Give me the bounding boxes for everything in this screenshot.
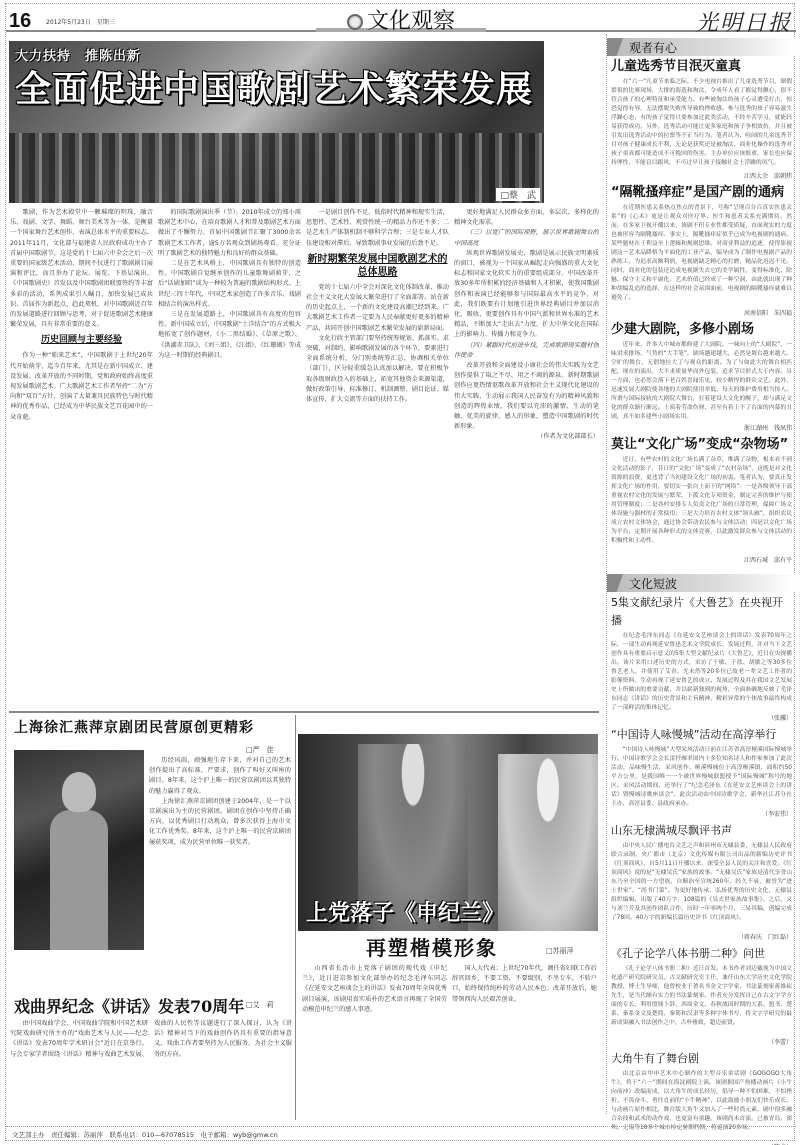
lead-headline: 全面促进中国歌剧艺术繁荣发展 [15,61,533,112]
rail-item: 少建大剧院，多修小剧场 近年来，许多大中城市都修建了大剧院。一味向上的“大剧院”… [607,321,796,432]
news-item-title: 大角牛有了舞台剧 [611,1050,792,1068]
rail-item-title: 少建大剧院，多修小剧场 [611,321,792,339]
lead-paragraph: 二是在艺术风格上，中国歌剧具有独特的创造性。中国歌剧自觉继承创作的儿童歌舞剧萌芽… [158,259,301,310]
shangdang-paragraph: 国人大代表；上世纪70年代，调任省妇联工作后辞官回乡，不要工资，不要级别，不坐专… [452,964,597,1005]
xiqu-paragraph: 由中国戏曲学会、中国戏曲学院和中国艺术研究院戏曲研究所主办的“戏曲艺术与人民——… [10,1019,292,1060]
lead-paragraph: 的国际歌剧演出季（节）。2010年成立的郑小瑛歌剧艺术中心，在培育歌剧人才和普及… [158,208,301,259]
xu-paragraph: 上海徐汇燕萍京剧团创建于2004年，是一个以京剧演出为主的民营剧团。剧团在创作中… [149,797,291,848]
rail-item-body: 在“六一”儿童节来临之际，不少电视台推出了儿童选秀节目，制假繁很的比赛现场，大排… [611,78,792,171]
lead-column-3: 一是剧目创作不足，低俗时代精神和现实生活，思想性、艺术性、观赏性统一的精品力作还… [306,208,449,708]
lead-subhead-inline: （三）以宽广的国际视野，展示世界歌剧舞台的中国高度 [454,228,599,248]
rail-item-title: “隔靴搔痒症”是国产剧的通病 [611,184,792,202]
editorial-contact: 文艺部主办 责任编辑：苏丽萍 联系电话：010—67078515 电子邮箱：wy… [12,1131,278,1139]
rail-banner-label: 观者有心 [629,39,677,56]
section-divider [9,711,599,713]
xu-paragraph: 历经风雨，顽强地生存下来，并对自己的艺术创作提出了高标准、严要求，创作了叫好又叫… [149,756,291,797]
opera-performer-photo [14,750,144,950]
rail-item: 儿童选秀节目泯灭童真 在“六一”儿童节来临之际，不少电视台推出了儿童选秀节目，制… [607,58,796,180]
lead-paragraph: 党的十七届六中全会对深化文化体制改革、推动社会主义文化大发展大繁荣进行了全面部署… [306,283,449,334]
news-item-title: 山东无棣满城尽飘评书声 [611,822,792,840]
stage-performers-image [9,133,544,203]
lead-subhead-approach: 新时期繁荣发展中国歌剧艺术的总体思路 [306,253,449,279]
news-item: 山东无棣满城尽飘评书声 由中央人民广播电台文艺之声和滨州市无棣县委、无棣县人民政… [607,822,796,941]
xiqu-body: 由中国戏曲学会、中国戏曲学院和中国艺术研究院戏曲研究所主办的“戏曲艺术与人民——… [10,1019,292,1123]
lead-paragraph: 作为一种“舶来艺术”，中国歌剧于上世纪20年代开始萌芽，迄今百年来，尤其是在新中… [10,351,153,422]
performer-face [62,772,96,812]
xiqu-byline: □艾 莉 [246,1000,274,1010]
xiqu-headline: 戏曲界纪念《讲话》发表70周年 [14,994,244,1017]
performer-figure [50,810,108,950]
right-rail: 观者有心 儿童选秀节目泯灭童真 在“六一”儿童节来临之际，不少电视台推出了儿童选… [606,34,796,1114]
lead-paragraph: 改革开放和全面建设小康社会的伟大实践为文艺创作提供了取之不尽、用之不竭的源泉。新… [454,361,599,432]
news-item-body: 由中央人民广播电台文艺之声和滨州市无棣县委、无棣县人民政府联合录制，央广都市（北… [611,842,792,932]
shangdang-column-2: 国人大代表；上世纪70年代，调任省妇联工作后辞官回乡，不要工资，不要级别，不坐专… [452,964,597,1119]
rail-item-body: 近年来，许多大中城市都修建了大剧院。一味向上的“大剧院”，一味讲求排场、气势的“… [611,341,792,423]
news-item-byline: （蒋春庆 门红磊） [611,932,792,941]
news-item-title: 5集文献纪录片《大鲁艺》在央视开播 [611,594,792,630]
actress-figure [498,754,598,931]
rail-item-byline: 江西大余 邱朝炜 [611,171,792,180]
xu-column-1: 历经风雨，顽强地生存下来，并对自己的艺术创作提出了高标准、严要求，创作了叫好又叫… [149,756,291,968]
rail-item-title: 莫让“文化广场”变成“杂物场” [611,436,792,454]
news-item-body: 在纪念毛泽东同志《在延安文艺座谈会上的讲话》发表70周年之际，一部生动再现延安鲁… [611,632,792,713]
lead-byline: □蔡 武 [496,188,540,201]
section-title-text: 文化观察 [367,9,455,34]
section-title: 文化观察 [316,4,486,32]
lead-column-2: 的国际歌剧演出季（节）。2010年成立的郑小瑛歌剧艺术中心，在培育歌剧人才和普及… [158,208,301,708]
news-item: 《孔子论学八体书册二种》问世 《孔子论学八体书册二种》近日首发。本书作者刘迈戴现… [607,945,796,1046]
rail-item-body: 在近期医患关系热点焦点的背景下，号称“呈现百分百真实医患关系”的《心术》更是让观… [611,204,792,308]
lead-author-note: （作者为文化部部长） [454,432,599,442]
rail-item-body: 近日，有些农村的文化广场长满了杂草，堆满了杂物，根本看不到文化活动的影子，昔日的… [611,456,792,555]
xu-headline: 上海徐汇燕萍京剧团民营原创更精彩 [14,717,254,737]
shangdang-byline: □苏丽萍 [546,946,574,956]
rail-banner-viewers: 观者有心 [607,38,796,56]
news-item-byline: （李宏伟） [611,809,792,818]
page-number: 16 [9,10,31,33]
shangdang-paragraph: 山西省长治市上党落子剧团的现代戏《申纪兰》，近日进京参加文化部举办的纪念毛泽东同… [302,964,447,1015]
lead-subhead-inline: （四）紧跟时代前进步伐，完成歌剧现实题材创作使命 [454,341,599,361]
column-rule [295,715,296,1120]
page-footer: 文艺部主办 责任编辑：苏丽萍 联系电话：010—67078515 电子邮箱：wy… [6,1126,796,1140]
lead-photo: 大力扶持 推陈出新 全面促进中国歌剧艺术繁荣发展 □蔡 武 [9,41,544,203]
news-item-title: 《孔子论学八体书册二种》问世 [611,945,792,963]
lead-paragraph: 三是在发展道路上，中国歌剧具有高度的包容性。新中国成立后，中国歌剧“土洋结合”的… [158,310,301,361]
xu-byline: □严 佳 [246,745,274,755]
newspaper-logo: 光明日报 [696,6,792,37]
newspaper-page: 16 2012年5月23日 星期三 文化观察 光明日报 大力扶持 推陈出新 全面… [5,3,795,1141]
rail-item-byline: 江西石城 邱有平 [611,555,792,564]
rail-banner-label: 文化短波 [629,575,677,592]
shangdang-column-1: 山西省长治市上党落子剧团的现代戏《申纪兰》，近日进京参加文化部举办的纪念毛泽东同… [302,964,447,1119]
magnifier-icon [347,14,363,30]
lead-paragraph: 歌剧，作为艺术殿堂中一颗璀璨的明珠，融音乐、戏剧、文学、舞蹈、舞台美术等为一体，… [10,208,153,330]
lead-paragraph: 更好地满足人民群众多方面、多层次、多样化的精神文化需求。 [454,208,599,228]
lead-subhead-history: 历史回顾与主要经验 [10,334,153,347]
news-item: 5集文献纪录片《大鲁艺》在央视开播 在纪念毛泽东同志《在延安文艺座谈会上的讲话》… [607,594,796,722]
lead-paragraph: 纵观世界歌剧发展史，歌剧是展示民族文明素质的窗口，被视为一个国家从崛起走向强盛的… [454,249,599,341]
lead-paragraph: 一是剧目创作不足，低俗时代精神和现实生活，思想性、艺术性、观赏性统一的精品力作还… [306,208,449,249]
lead-paragraph: 文化行政主管部门要坚持统筹规划、抓落实、求突破，对制约、影响歌剧发展的各个环节，… [306,334,449,405]
rail-item-byline: 浙江湖州 钱夙伟 [611,423,792,432]
lead-column-4: 更好地满足人民群众多方面、多层次、多样化的精神文化需求。 （三）以宽广的国际视野… [454,208,599,708]
issue-date: 2012年5月23日 星期三 [46,17,115,26]
rail-item: 莫让“文化广场”变成“杂物场” 近日，有些农村的文化广场长满了杂草，堆满了杂物，… [607,436,796,564]
news-item-title: “中国诗人咏慢城”活动在高淳举行 [611,726,792,744]
lead-column-1: 歌剧，作为艺术殿堂中一颗璀璨的明珠，融音乐、戏剧、文学、舞蹈、舞台美术等为一体，… [10,208,153,708]
banner-notch-icon [607,38,623,56]
news-item-body: “中国诗人咏慢城”大型采风活动日前在江苏省高淳桠溪国际慢城举行。中国诗歌学会会长… [611,746,792,809]
rail-banner-news: 文化短波 [607,574,796,592]
news-item-byline: （李蕾） [611,1037,792,1046]
rail-item: “隔靴搔痒症”是国产剧的通病 在近期医患关系热点焦点的背景下，号称“呈现百分百真… [607,184,796,317]
shangdang-headline: 上党落子《申纪兰》 [306,896,504,927]
rail-item-byline: 河南信阳 朱四福 [611,308,792,317]
news-item: “中国诗人咏慢城”活动在高淳举行 “中国诗人咏慢城”大型采风活动日前在江苏省高淳… [607,726,796,818]
news-item-byline: （张骥） [611,713,792,722]
news-item-body: 《孔子论学八体书册二种》近日首发。本书作者刘迈戴现为中国文化遗产研究院研究员、古… [611,965,792,1037]
masthead: 16 2012年5月23日 星期三 文化观察 光明日报 [6,4,796,32]
shenjilan-photo: 上党落子《申纪兰》 [298,734,598,931]
shangdang-subtitle: 再塑楷模形象 [366,932,498,961]
rail-item-title: 儿童选秀节目泯灭童真 [611,58,792,76]
banner-notch-icon [607,574,623,592]
